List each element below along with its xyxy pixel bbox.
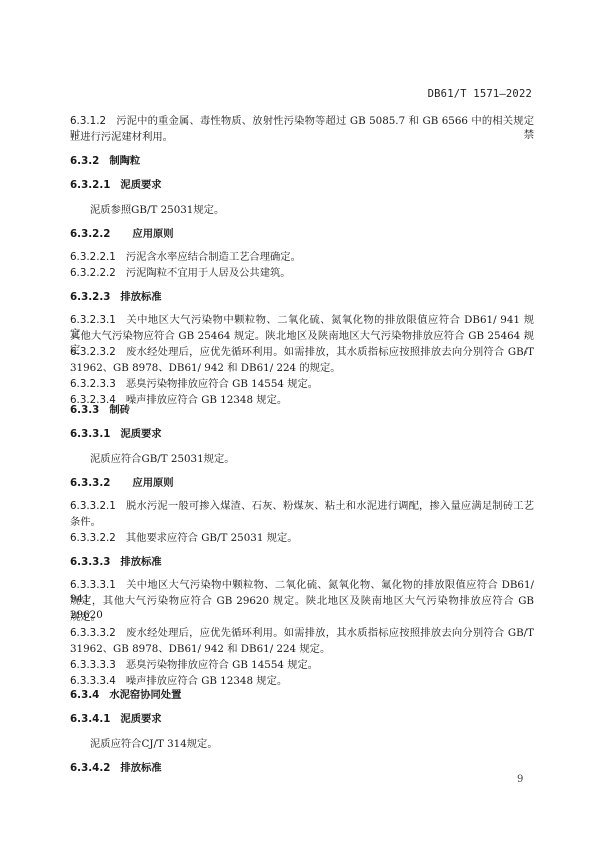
page-number: 9 xyxy=(517,774,523,785)
clause-number: 6.3.2.3.1 xyxy=(70,313,116,327)
section-heading: 6.3.3.2应用原则 xyxy=(70,476,534,490)
paragraph-line: 31962、GB 8978、DB61/ 942 和 DB61/ 224 的规定。 xyxy=(70,361,534,375)
line-text: 排放标准 xyxy=(120,762,161,774)
line-text: 31962、GB 8978、DB61/ 942 和 DB61/ 224 的规定。 xyxy=(70,362,341,374)
clause-number: 6.3.4.1 xyxy=(70,712,110,726)
clause-number: 6.3.4 xyxy=(70,688,99,702)
line-text: 规定。 xyxy=(70,611,101,623)
paragraph-line: 6.3.3.2.2其他要求应符合 GB/T 25031 规定。 xyxy=(70,531,534,545)
paragraph-line: 规定。 xyxy=(70,610,534,624)
paragraph-line: 31962、GB 8978、DB61/ 942 和 DB61/ 224 规定。 xyxy=(70,642,534,656)
line-text: 泥质要求 xyxy=(120,428,161,440)
line-text: 水泥窑协同处置 xyxy=(109,689,181,701)
paragraph-line: 6.3.2.3.3恶臭污染物排放应符合 GB 14554 规定。 xyxy=(70,377,534,391)
clause-number: 6.3.4.2 xyxy=(70,761,110,775)
line-text: 脱水污泥一般可掺入煤渣、石灰、粉煤灰、粘土和水泥进行调配，掺入量应满足制砖工艺 xyxy=(126,500,534,512)
paragraph-line: 条件。 xyxy=(70,515,534,529)
paragraph-line: 6.3.3.3.4噪声排放应符合 GB 12348 规定。 xyxy=(70,674,534,688)
clause-number: 6.3.3.3.4 xyxy=(70,674,116,688)
paragraph-line: 泥质参照GB/T 25031规定。 xyxy=(90,203,554,217)
paragraph-line: 止进行污泥建材利用。 xyxy=(70,130,534,144)
line-text: 污泥陶粒不宜用于人居及公共建筑。 xyxy=(126,267,291,279)
line-text: 恶臭污染物排放应符合 GB 14554 规定。 xyxy=(126,659,318,671)
clause-number: 6.3.2.2.1 xyxy=(70,250,116,264)
clause-number: 6.3.3.3.2 xyxy=(70,626,116,640)
line-text: 噪声排放应符合 GB 12348 规定。 xyxy=(126,675,287,687)
line-text: 31962、GB 8978、DB61/ 942 和 DB61/ 224 规定。 xyxy=(70,643,330,655)
paragraph-line: 6.3.2.2.1污泥含水率应结合制造工艺合理确定。 xyxy=(70,250,534,264)
paragraph-line: 6.3.2.2.2污泥陶粒不宜用于人居及公共建筑。 xyxy=(70,266,534,280)
clause-number: 6.3.2.2 xyxy=(70,227,110,241)
paragraph-line: 6.3.2.3.2废水经处理后，应优先循环利用。如需排放，其水质指标应按照排放去… xyxy=(70,345,534,359)
line-text: 制砖 xyxy=(109,404,130,416)
line-text: 泥质要求 xyxy=(120,713,161,725)
section-heading: 6.3.4水泥窑协同处置 xyxy=(70,688,534,702)
section-heading: 6.3.4.1泥质要求 xyxy=(70,712,534,726)
section-heading: 6.3.4.2排放标准 xyxy=(70,761,534,775)
clause-number: 6.3.3.3.1 xyxy=(70,578,116,592)
paragraph-line: 泥质应符合GB/T 25031规定。 xyxy=(90,452,554,466)
clause-number: 6.3.3.2.2 xyxy=(70,531,116,545)
section-heading: 6.3.2.2应用原则 xyxy=(70,227,534,241)
clause-number: 6.3.2 xyxy=(70,154,99,168)
section-heading: 6.3.3.3排放标准 xyxy=(70,555,534,569)
line-text: 泥质应符合GB/T 25031规定。 xyxy=(90,453,235,465)
section-heading: 6.3.2.3排放标准 xyxy=(70,290,534,304)
section-heading: 6.3.3.1泥质要求 xyxy=(70,427,534,441)
clause-number: 6.3.3.3 xyxy=(70,555,110,569)
clause-number: 6.3.2.3.2 xyxy=(70,345,116,359)
line-text: 废水经处理后，应优先循环利用。如需排放，其水质指标应按照排放去向分别符合 GB/… xyxy=(126,346,534,358)
line-text: 泥质应符合CJ/T 314规定。 xyxy=(90,738,218,750)
line-text: 恶臭污染物排放应符合 GB 14554 规定。 xyxy=(126,378,318,390)
line-text: 排放标准 xyxy=(120,291,161,303)
clause-number: 6.3.2.1 xyxy=(70,178,110,192)
line-text: 泥质参照GB/T 25031规定。 xyxy=(90,204,224,216)
document-code-header: DB61/T 1571—2022 xyxy=(428,88,532,100)
section-heading: 6.3.2.1泥质要求 xyxy=(70,178,534,192)
clause-number: 6.3.2.3.3 xyxy=(70,377,116,391)
line-text: 应用原则 xyxy=(132,228,173,240)
clause-number: 6.3.3.3.3 xyxy=(70,658,116,672)
clause-number: 6.3.3 xyxy=(70,403,99,417)
clause-number: 6.3.3.2.1 xyxy=(70,499,116,513)
line-text: 排放标准 xyxy=(120,556,161,568)
line-text: 泥质要求 xyxy=(120,179,161,191)
line-text: 制陶粒 xyxy=(109,155,140,167)
section-heading: 6.3.3制砖 xyxy=(70,403,534,417)
clause-number: 6.3.2.3 xyxy=(70,290,110,304)
paragraph-line: 6.3.3.3.3恶臭污染物排放应符合 GB 14554 规定。 xyxy=(70,658,534,672)
clause-number: 6.3.1.2 xyxy=(70,114,106,128)
line-text: 止进行污泥建材利用。 xyxy=(70,131,173,143)
clause-number: 6.3.3.2 xyxy=(70,476,110,490)
paragraph-line: 6.3.3.3.2废水经处理后，应优先循环利用。如需排放，其水质指标应按照排放去… xyxy=(70,626,534,640)
clause-number: 6.3.3.1 xyxy=(70,427,110,441)
line-text: 条件。 xyxy=(70,516,101,528)
paragraph-line: 6.3.3.2.1脱水污泥一般可掺入煤渣、石灰、粉煤灰、粘土和水泥进行调配，掺入… xyxy=(70,499,534,513)
line-text: 废水经处理后，应优先循环利用。如需排放，其水质指标应按照排放去向分别符合 GB/… xyxy=(126,627,534,639)
line-text: 污泥含水率应结合制造工艺合理确定。 xyxy=(126,251,301,263)
clause-number: 6.3.2.2.2 xyxy=(70,266,116,280)
section-heading: 6.3.2制陶粒 xyxy=(70,154,534,168)
line-text: 应用原则 xyxy=(132,477,173,489)
line-text: 其他要求应符合 GB/T 25031 规定。 xyxy=(126,532,298,544)
paragraph-line: 泥质应符合CJ/T 314规定。 xyxy=(90,737,554,751)
